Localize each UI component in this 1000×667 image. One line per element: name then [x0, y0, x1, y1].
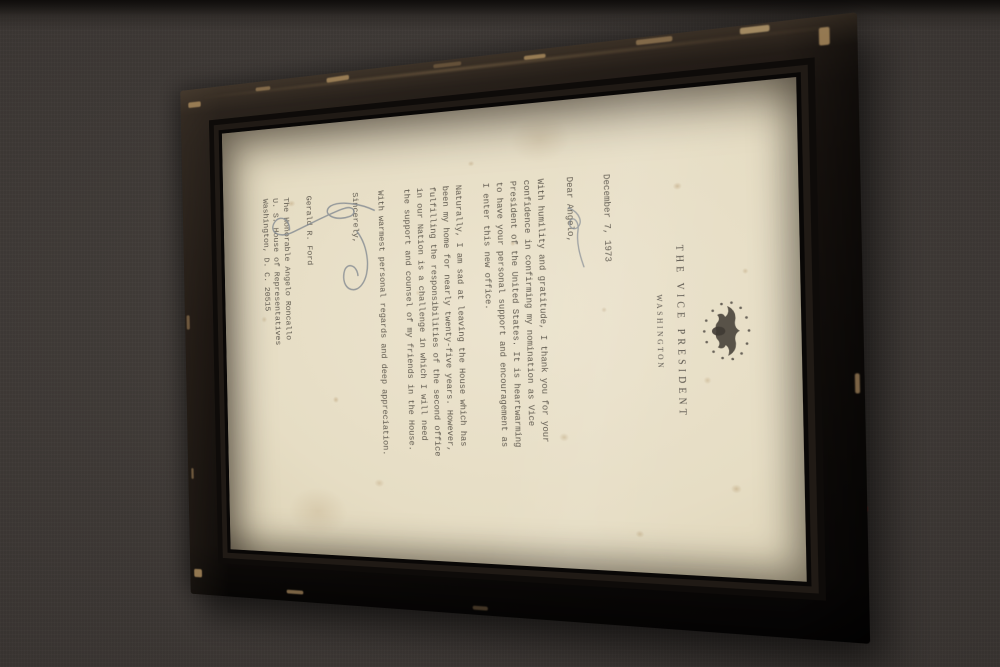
typed-signature-name: Gerald R. Ford: [302, 195, 321, 551]
letterhead-title: THE VICE PRESIDENT: [669, 91, 694, 572]
frame-moulding: THE VICE PRESIDENT WASHINGTON December 7…: [180, 12, 870, 644]
letter-document: THE VICE PRESIDENT WASHINGTON December 7…: [230, 82, 794, 578]
aged-letter-paper: THE VICE PRESIDENT WASHINGTON December 7…: [222, 77, 807, 582]
picture-frame: THE VICE PRESIDENT WASHINGTON December 7…: [180, 12, 870, 644]
frame-wear-chip: [188, 101, 201, 108]
frame-wear-chip: [287, 590, 304, 595]
photo-scene: THE VICE PRESIDENT WASHINGTON December 7…: [0, 0, 1000, 667]
letterhead-city: WASHINGTON: [647, 93, 672, 571]
body-paragraph: With humility and gratitude, I thank you…: [479, 178, 553, 466]
salutation-row: Dear Angelo,: [562, 176, 584, 566]
frame-wear-chip: [187, 315, 190, 329]
frame-wear-chip: [194, 569, 202, 578]
handwritten-annotation-icon: [560, 202, 588, 276]
body-paragraph: With warmest personal regards and deep a…: [374, 190, 392, 463]
frame-wear-chip: [855, 373, 860, 393]
body-paragraph: Naturally, I am sad at leaving the House…: [400, 184, 470, 464]
closing-text: Sincerely,: [348, 192, 368, 554]
frame-wear-chip: [473, 606, 488, 611]
recipient-address-block: The Honorable Angelo Roncallo U. S. Hous…: [260, 197, 298, 550]
frame-wear-chip: [819, 27, 830, 46]
letter-date: December 7, 1973: [598, 174, 621, 569]
vice-president-seal-icon: [698, 297, 755, 365]
frame-wear-chip: [191, 468, 194, 479]
